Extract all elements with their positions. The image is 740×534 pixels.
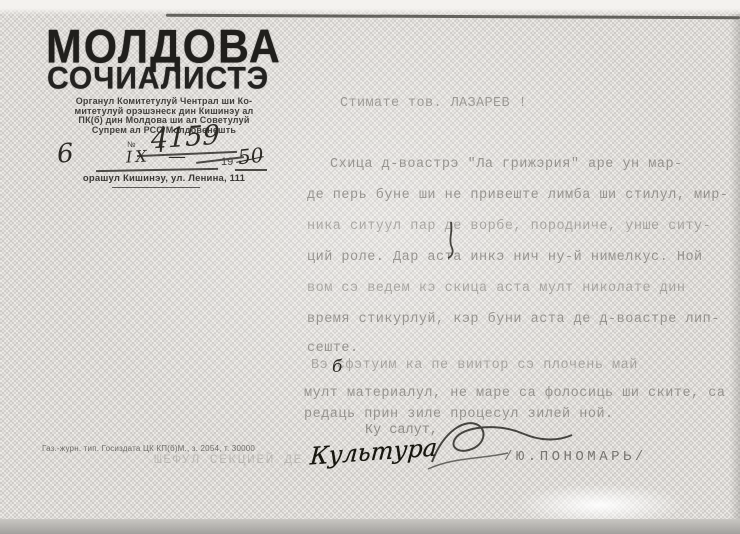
letter-body-line: сеште. <box>307 341 359 356</box>
handwritten-stray-mark <box>443 220 459 260</box>
letter-body-line: вом сэ ведем кэ скица аста мулт николате… <box>307 281 685 296</box>
letter-body-line: Схица д-воастрэ "Ла грижэрия" аре ун мар… <box>330 157 683 172</box>
letter-body-line: мулт материалул, не маре са фолосиць ши … <box>304 386 725 401</box>
letter-body-line: время стикурлуй, кэр буни аста де д-воас… <box>307 312 720 327</box>
scanner-edge-band <box>0 519 740 534</box>
scanned-letter: МОЛДОВА СОЧИАЛИСТЭ Органул Комитетулуй Ч… <box>0 0 740 534</box>
dept-title-typed: ШЕФУЛ СЕКЦИЕЙ ДЕ <box>154 452 303 467</box>
masthead-title-line2: СОЧИАЛИСТЭ <box>47 61 269 97</box>
date-month-handwritten: IX <box>126 146 151 166</box>
letter-salutation: Стимате тов. ЛАЗАРЕВ ! <box>340 96 527 111</box>
date-dash-handwritten: — <box>168 146 186 167</box>
letter-body-line: ника ситуул пар де ворбе, породниче, унш… <box>307 219 711 234</box>
signature-typed-name: /Ю.ПОНОМАРЬ/ <box>504 449 647 465</box>
date-year-printed: 19 <box>221 156 233 168</box>
letter-body-line: ций роле. Дар аста инкэ нич ну-й нимелку… <box>307 250 703 265</box>
letter-body-line: Вэ сфэтуим ка пе виитор сэ плочень май <box>311 358 638 373</box>
date-year-underline <box>235 169 267 171</box>
scanner-top-strip <box>0 0 740 15</box>
handwritten-correction-mark: б <box>332 357 342 377</box>
date-day-handwritten: 6 <box>56 138 75 169</box>
paper-right-edge-shade <box>730 14 740 519</box>
letter-body-line: де перь буне ши не привеште лимба ши сти… <box>307 188 728 203</box>
masthead-address-underline <box>112 187 200 188</box>
masthead-address: орашул Кишинэу, ул. Ленина, 111 <box>44 173 284 184</box>
